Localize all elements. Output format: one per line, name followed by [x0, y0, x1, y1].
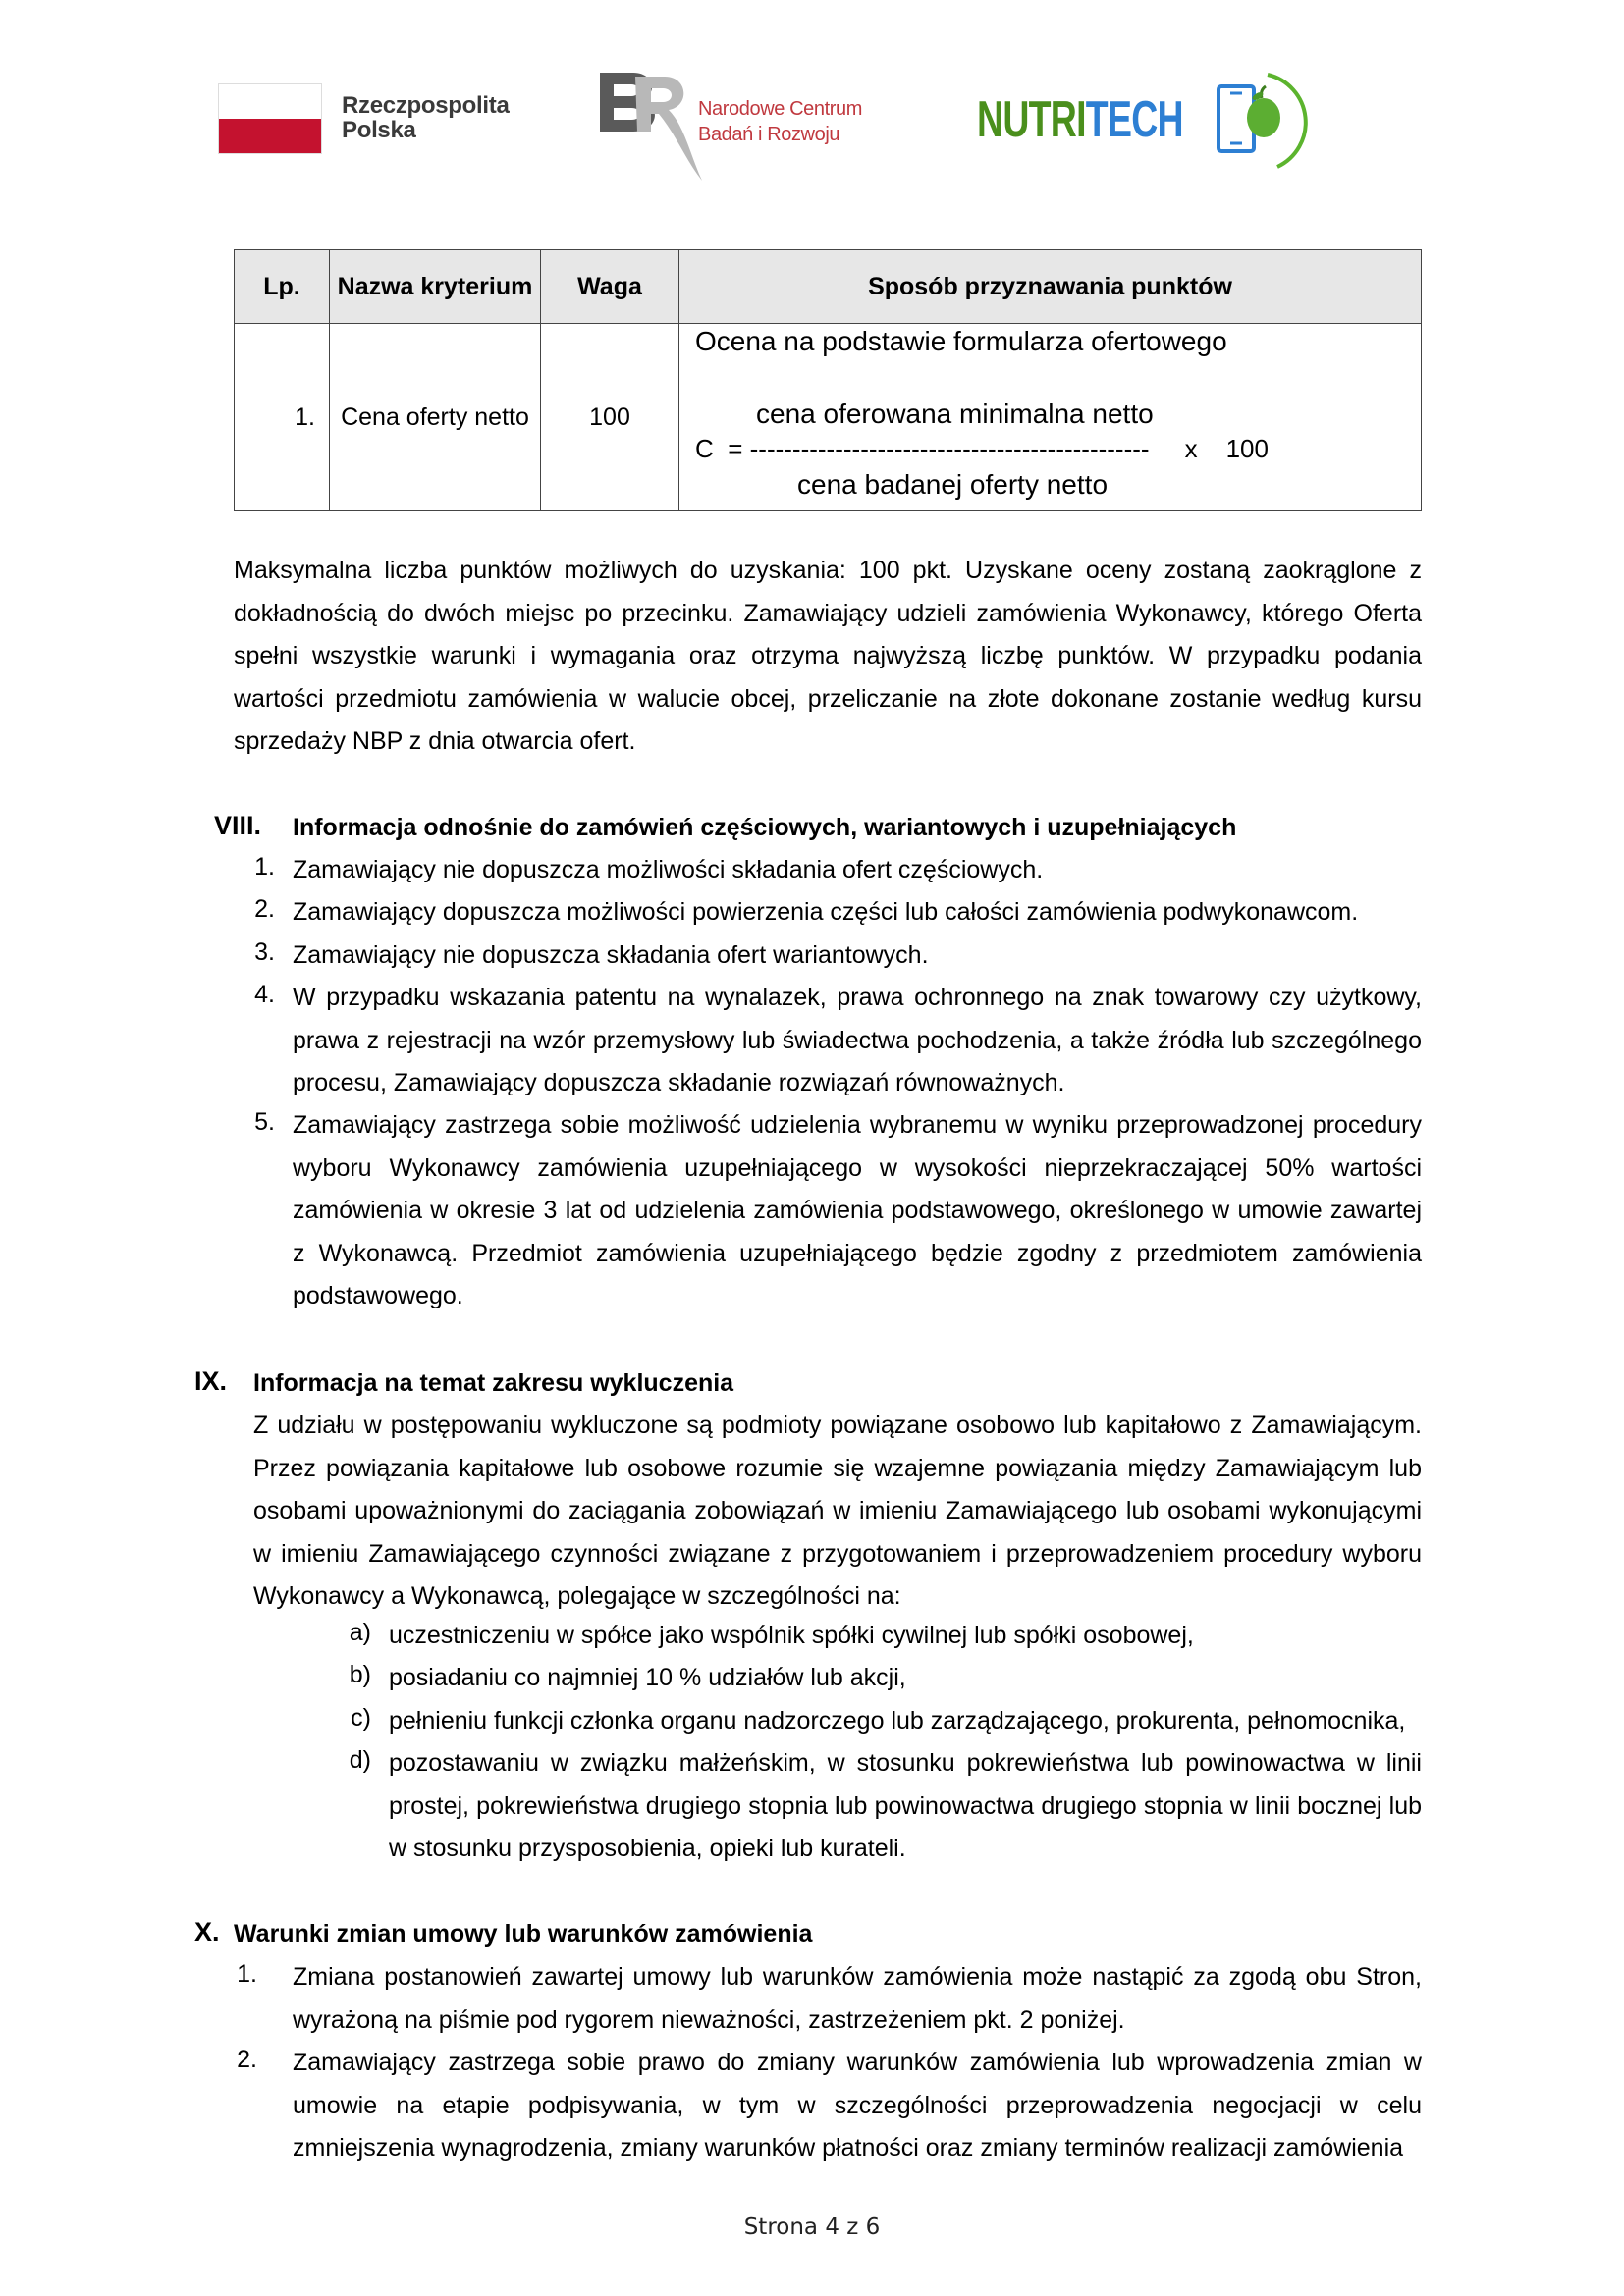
list-item: Zmiana postanowień zawartej umowy lub wa… [293, 1956, 1422, 2042]
list-letter: d) [334, 1746, 371, 1775]
list-item: posiadaniu co najmniej 10 % udziałów lub… [389, 1657, 1422, 1700]
section-viii-number: VIII. [214, 811, 261, 841]
price-formula: Ocena na podstawie formularza ofertowego… [679, 324, 1421, 510]
section-x-number: X. [194, 1917, 220, 1948]
list-number: 2. [226, 2046, 257, 2074]
header-logos: Rzeczpospolita Polska Narodowe Centrum B… [0, 59, 1624, 187]
list-item: Zamawiający nie dopuszcza możliwości skł… [293, 849, 1422, 892]
list-number: 3. [236, 938, 275, 967]
phone-apple-icon [1213, 63, 1311, 173]
th-scoring-method: Sposób przyznawania punktów [679, 250, 1422, 324]
formula-numerator: cena oferowana minimalna netto [756, 399, 1154, 430]
section-ix-title: Informacja na temat zakresu wykluczenia [253, 1368, 733, 1398]
formula-intro: Ocena na podstawie formularza ofertowego [695, 326, 1227, 357]
logo-rp-line2: Polska [342, 118, 510, 142]
list-item: W przypadku wskazania patentu na wynalaz… [293, 977, 1422, 1105]
list-letter: a) [334, 1619, 371, 1647]
list-letter: c) [334, 1704, 371, 1733]
logo-nutri-part: NUTRI [977, 91, 1086, 148]
list-number: 1. [226, 1960, 257, 1989]
logo-ncbr-line2: Badań i Rozwoju [698, 122, 862, 147]
list-item: pełnieniu funkcji członka organu nadzorc… [389, 1700, 1422, 1743]
cell-weight: 100 [541, 324, 679, 511]
cell-criterion-name: Cena oferty netto [330, 324, 541, 511]
max-points-paragraph: Maksymalna liczba punktów możliwych do u… [234, 550, 1422, 764]
polish-flag-icon [218, 83, 322, 154]
list-number: 4. [236, 981, 275, 1009]
list-item: Zamawiający zastrzega sobie prawo do zmi… [293, 2042, 1422, 2170]
cell-scoring-method: Ocena na podstawie formularza ofertowego… [679, 324, 1422, 511]
logo-rp-line1: Rzeczpospolita [342, 93, 510, 118]
list-item: Zamawiający zastrzega sobie możliwość ud… [293, 1104, 1422, 1318]
list-number: 5. [236, 1108, 275, 1137]
section-viii-title: Informacja odnośnie do zamówień częściow… [293, 813, 1236, 842]
logo-ncbr-line1: Narodowe Centrum [698, 96, 862, 122]
page-number: Strona 4 z 6 [0, 2215, 1624, 2240]
section-ix-number: IX. [194, 1366, 227, 1397]
logo-rzeczpospolita-polska: Rzeczpospolita Polska [218, 83, 552, 162]
list-item: Zamawiający nie dopuszcza składania ofer… [293, 934, 1422, 978]
list-item: uczestniczeniu w spółce jako wspólnik sp… [389, 1615, 1422, 1658]
document-page: Rzeczpospolita Polska Narodowe Centrum B… [0, 0, 1624, 2296]
list-item: pozostawaniu w związku małżeńskim, w sto… [389, 1742, 1422, 1871]
criteria-table: Lp. Nazwa kryterium Waga Sposób przyznaw… [234, 249, 1422, 511]
table-header-row: Lp. Nazwa kryterium Waga Sposób przyznaw… [235, 250, 1422, 324]
list-letter: b) [334, 1661, 371, 1689]
logo-ncbr: Narodowe Centrum Badań i Rozwoju [594, 59, 908, 187]
list-number: 1. [236, 853, 275, 881]
logo-nutritech: NUTRITECH [977, 63, 1311, 173]
formula-denominator: cena badanej oferty netto [797, 469, 1108, 501]
table-row: 1. Cena oferty netto 100 Ocena na podsta… [235, 324, 1422, 511]
section-ix-intro: Z udziału w postępowaniu wykluczone są p… [253, 1405, 1422, 1619]
cell-lp: 1. [235, 324, 330, 511]
th-lp: Lp. [235, 250, 330, 324]
formula-line: C = ------------------------------------… [695, 434, 1269, 464]
list-item: Zamawiający dopuszcza możliwości powierz… [293, 891, 1422, 934]
th-weight: Waga [541, 250, 679, 324]
logo-tech-part: TECH [1086, 91, 1183, 148]
th-criterion-name: Nazwa kryterium [330, 250, 541, 324]
section-x-title: Warunki zmian umowy lub warunków zamówie… [234, 1919, 812, 1949]
list-number: 2. [236, 895, 275, 924]
